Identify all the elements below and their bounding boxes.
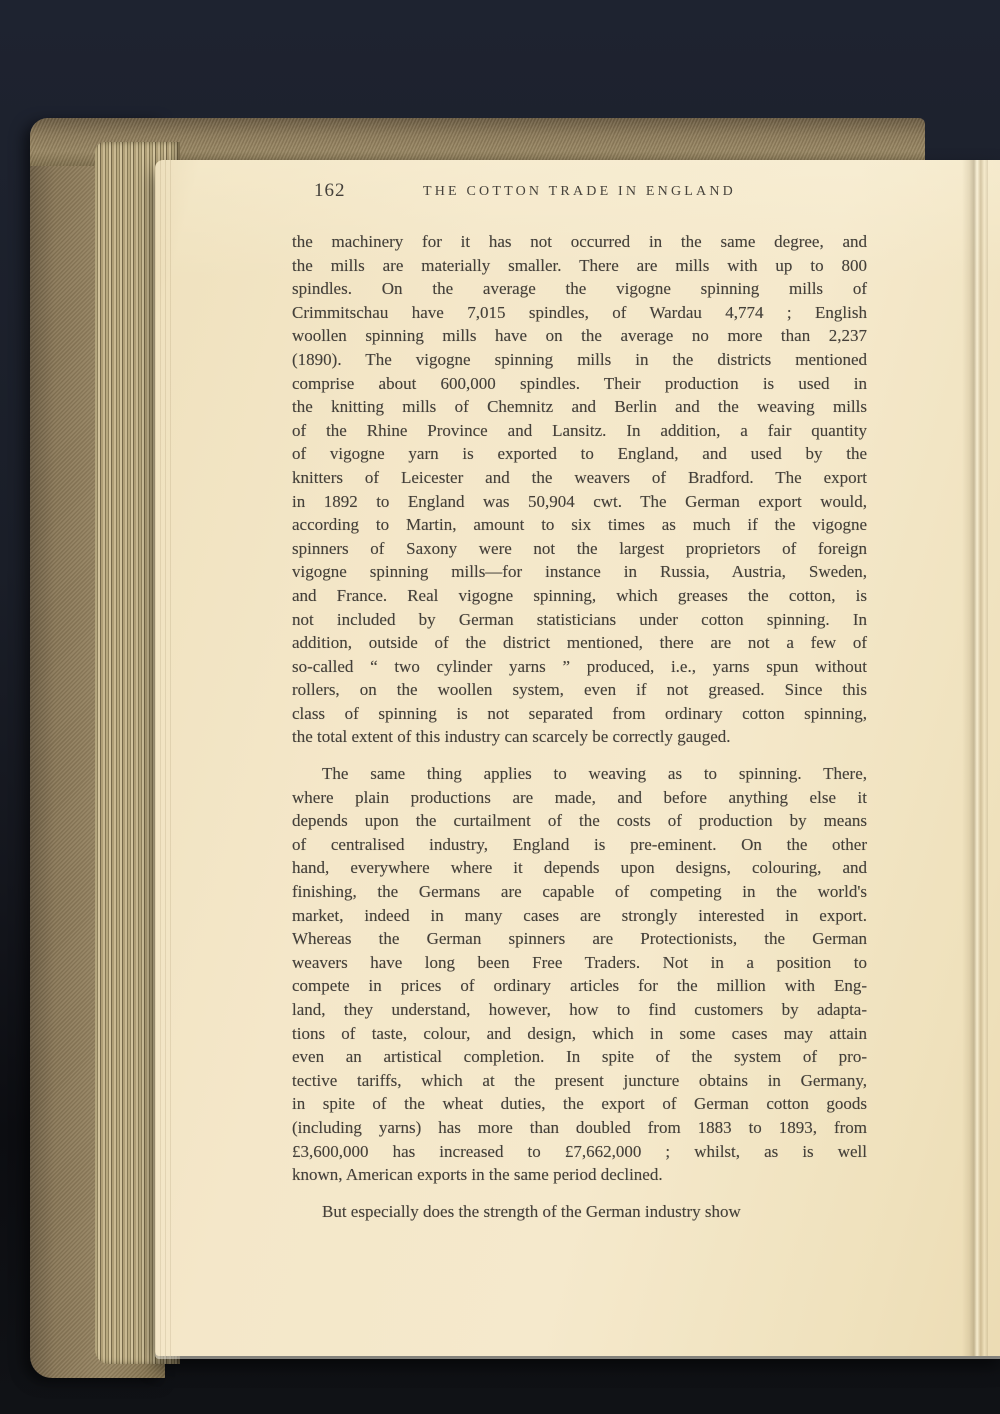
- text-line: Whereas the German spinners are Protecti…: [292, 927, 867, 951]
- text-line: in 1892 to England was 50,904 cwt. The G…: [292, 490, 867, 514]
- text-line: where plain productions are made, and be…: [292, 786, 867, 810]
- text-line: rollers, on the woollen system, even if …: [292, 678, 867, 702]
- text-line: the total extent of this industry can sc…: [292, 725, 867, 749]
- text-line: finishing, the Germans are capable of co…: [292, 880, 867, 904]
- body-text: the machinery for it has not occurred in…: [292, 230, 867, 1223]
- page-number: 162: [314, 180, 346, 202]
- text-line: in spite of the wheat duties, the export…: [292, 1092, 867, 1116]
- text-line: known, American exports in the same peri…: [292, 1163, 867, 1187]
- text-line: But especially does the strength of the …: [292, 1200, 867, 1224]
- text-line: market, indeed in many cases are strongl…: [292, 904, 867, 928]
- text-line: and France. Real vigogne spinning, which…: [292, 584, 867, 608]
- text-line: (including yarns) has more than doubled …: [292, 1116, 867, 1140]
- text-line: weavers have long been Free Traders. Not…: [292, 951, 867, 975]
- running-title: THE COTTON TRADE IN ENGLAND: [292, 180, 867, 200]
- text-line: according to Martin, amount to six times…: [292, 513, 867, 537]
- text-line: hand, everywhere where it depends upon d…: [292, 856, 867, 880]
- printed-content: 162 THE COTTON TRADE IN ENGLAND the mach…: [292, 160, 867, 1223]
- photo-background: 162 THE COTTON TRADE IN ENGLAND the mach…: [0, 0, 1000, 1414]
- text-line: spinners of Saxony were not the largest …: [292, 537, 867, 561]
- text-line: not included by German statisticians und…: [292, 608, 867, 632]
- text-line: the knitting mills of Chemnitz and Berli…: [292, 395, 867, 419]
- text-line: woollen spinning mills have on the avera…: [292, 324, 867, 348]
- text-line: even an artistical completion. In spite …: [292, 1045, 867, 1069]
- text-line: knitters of Leicester and the weavers of…: [292, 466, 867, 490]
- text-line: tective tariffs, which at the present ju…: [292, 1069, 867, 1093]
- page-header: 162 THE COTTON TRADE IN ENGLAND: [292, 180, 867, 204]
- text-line: (1890). The vigogne spinning mills in th…: [292, 348, 867, 372]
- text-line: the mills are materially smaller. There …: [292, 254, 867, 278]
- text-line: £3,600,000 has increased to £7,662,000 ;…: [292, 1140, 867, 1164]
- book-page: 162 THE COTTON TRADE IN ENGLAND the mach…: [155, 160, 1000, 1356]
- text-line: Crimmitschau have 7,015 spindles, of War…: [292, 301, 867, 325]
- text-line: of the Rhine Province and Lansitz. In ad…: [292, 419, 867, 443]
- text-line: comprise about 600,000 spindles. Their p…: [292, 372, 867, 396]
- gutter-crease: [962, 160, 988, 1356]
- text-line: depends upon the curtailment of the cost…: [292, 809, 867, 833]
- text-line: compete in prices of ordinary articles f…: [292, 974, 867, 998]
- text-line: class of spinning is not separated from …: [292, 702, 867, 726]
- text-line: tions of taste, colour, and design, whic…: [292, 1022, 867, 1046]
- text-line: land, they understand, however, how to f…: [292, 998, 867, 1022]
- text-line: of centralised industry, England is pre-…: [292, 833, 867, 857]
- text-line: addition, outside of the district mentio…: [292, 631, 867, 655]
- text-line: so-called “ two cylinder yarns ” produce…: [292, 655, 867, 679]
- text-line: vigogne spinning mills—for instance in R…: [292, 560, 867, 584]
- text-line: spindles. On the average the vigogne spi…: [292, 277, 867, 301]
- text-line: of vigogne yarn is exported to England, …: [292, 442, 867, 466]
- text-line: the machinery for it has not occurred in…: [292, 230, 867, 254]
- text-line: The same thing applies to weaving as to …: [292, 762, 867, 786]
